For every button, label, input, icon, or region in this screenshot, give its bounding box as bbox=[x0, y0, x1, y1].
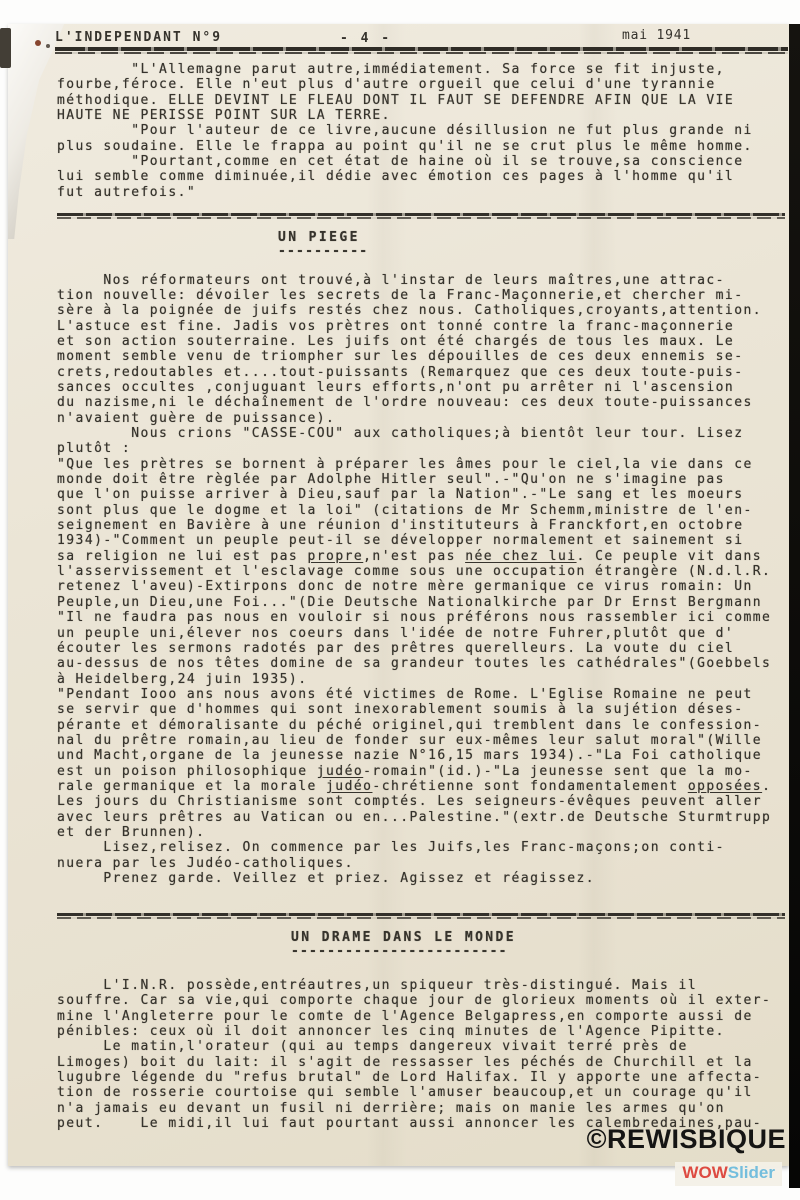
text-line: Nos réformateurs ont trouvé,à l'instar d… bbox=[57, 273, 785, 288]
text-line: fut autrefois." bbox=[57, 185, 785, 200]
header-rule-top bbox=[55, 47, 788, 51]
header-rule bbox=[55, 47, 788, 54]
text-line: Les jours du Christianisme sont comptés.… bbox=[57, 794, 785, 809]
underlined-text: opposées bbox=[688, 779, 762, 794]
text-line: und Macht,organe de la jeunesse nazie N°… bbox=[57, 748, 785, 763]
divider-line-bottom bbox=[57, 217, 785, 219]
text-line: est un poison philosophique judéo-romain… bbox=[57, 764, 785, 779]
page-header: L'INDEPENDANT N°9 - 4 - mai 1941 bbox=[55, 28, 787, 46]
text-line: lui semble comme diminuée,il dédie avec … bbox=[57, 169, 785, 184]
text-line: monde doit être règlée par Adolphe Hitle… bbox=[57, 472, 785, 487]
copyright-watermark: ©REWISBIQUE bbox=[587, 1124, 786, 1155]
divider-rule bbox=[57, 913, 785, 919]
text-line: L'I.N.R. possède,entréautres,un spiqueur… bbox=[57, 978, 785, 993]
text-line: tion de rosserie courtoise qui semble l'… bbox=[57, 1085, 785, 1100]
text-line: HAUTE NE PERISSE POINT SUR LA TERRE. bbox=[57, 108, 785, 123]
header-rule-bottom bbox=[55, 52, 788, 54]
text-line: du nazisme,ni le déchaînement de l'ordre… bbox=[57, 395, 785, 410]
underlined-text: née chez lui bbox=[465, 549, 576, 564]
text-line: "L'Allemagne parut autre,immédiatement. … bbox=[57, 62, 785, 77]
paragraph: L'I.N.R. possède,entréautres,un spiqueur… bbox=[57, 978, 785, 1131]
text-line: nal du prêtre romain,au lieu de fonder s… bbox=[57, 733, 785, 748]
page-background: L'INDEPENDANT N°9 - 4 - mai 1941 "L'Alle… bbox=[0, 0, 800, 1200]
wow-text: WOW bbox=[682, 1163, 727, 1182]
divider-line-top bbox=[57, 213, 785, 216]
paragraph: "L'Allemagne parut autre,immédiatement. … bbox=[57, 62, 785, 200]
text-line: 1934)-"Comment un peuple peut-il se déve… bbox=[57, 533, 785, 548]
corner-fragment bbox=[0, 28, 11, 68]
text-line: Limoges) boit du lait: il s'agit de ress… bbox=[57, 1055, 785, 1070]
section-heading-dashes: ------------------------ bbox=[291, 946, 785, 960]
text-line: crets,redoutables et....tout-puissants (… bbox=[57, 365, 785, 380]
divider-line-top bbox=[57, 913, 785, 916]
section-heading: UN DRAME DANS LE MONDE------------------… bbox=[291, 930, 785, 960]
text-line: retenez l'aveu)-Extirpons donc de notre … bbox=[57, 579, 785, 594]
text-line: à Heidelberg,24 juin 1935). bbox=[57, 672, 785, 687]
text-line: fourbe,féroce. Elle n'eut plus d'autre o… bbox=[57, 77, 785, 92]
text-line: pérante et démoralisante du péché origin… bbox=[57, 718, 785, 733]
text-line: n'a jamais eu devant un fusil ni derrièr… bbox=[57, 1101, 785, 1116]
text-line: seignement en Bavière à une réunion d'in… bbox=[57, 518, 785, 533]
section-heading-dashes: ---------- bbox=[278, 246, 785, 260]
slider-text: Slider bbox=[728, 1163, 775, 1182]
journal-title: L'INDEPENDANT N°9 bbox=[55, 30, 222, 45]
underlined-text: propre bbox=[307, 549, 363, 564]
text-line: sances occultes ,conjuguant leurs effort… bbox=[57, 380, 785, 395]
text-line: méthodique. ELLE DEVINT LE FLEAU DONT IL… bbox=[57, 93, 785, 108]
text-line: rale germanique et la morale judéo-chrét… bbox=[57, 779, 785, 794]
text-line: tion nouvelle: dévoiler les secrets de l… bbox=[57, 288, 785, 303]
document-body: "L'Allemagne parut autre,immédiatement. … bbox=[57, 62, 785, 1131]
text-line: "Pour l'auteur de ce livre,aucune désill… bbox=[57, 123, 785, 138]
text-line: avec leurs prêtres au Vatican ou en...Pa… bbox=[57, 810, 785, 825]
text-line: au-dessus de nos têtes domine de sa gran… bbox=[57, 656, 785, 671]
underlined-text: judéo bbox=[326, 779, 372, 794]
text-line: n'avaient guère de puissance). bbox=[57, 411, 785, 426]
text-line: "Pendant Iooo ans nous avons été victime… bbox=[57, 687, 785, 702]
text-line: "Il ne faudra pas nous en vouloir si nou… bbox=[57, 610, 785, 625]
text-line: et der Brunnen). bbox=[57, 825, 785, 840]
paper-speck bbox=[35, 40, 41, 46]
text-line: Peuple,un Dieu,une Foi..."(Die Deutsche … bbox=[57, 595, 785, 610]
text-line: lugubre légende du "refus brutal" de Lor… bbox=[57, 1070, 785, 1085]
text-line: nuera par les Judéo-catholiques. bbox=[57, 856, 785, 871]
slider-watermark: WOWSlider bbox=[675, 1162, 782, 1186]
text-line: sont plus que le dogme et la loi" (citat… bbox=[57, 503, 785, 518]
text-line: sa religion ne lui est pas propre,n'est … bbox=[57, 549, 785, 564]
text-line: souffre. Car sa vie,qui comporte chaque … bbox=[57, 993, 785, 1008]
right-edge-strip bbox=[789, 24, 800, 1188]
text-line: Le matin,l'orateur (qui au temps dangere… bbox=[57, 1039, 785, 1054]
text-line: et son action souterraine. Les juifs ont… bbox=[57, 334, 785, 349]
text-line: mine l'Angleterre pour le comte de l'Age… bbox=[57, 1009, 785, 1024]
text-line: que l'on puisse arriver à Dieu,sauf par … bbox=[57, 487, 785, 502]
text-line: un peuple uni,élever nos coeurs dans l'i… bbox=[57, 626, 785, 641]
text-line: L'astuce est fine. Jadis vos prètres ont… bbox=[57, 319, 785, 334]
text-line: sère à la poignée de juifs restés chez n… bbox=[57, 303, 785, 318]
divider-line-bottom bbox=[57, 917, 785, 919]
text-line: "Que les prètres se bornent à préparer l… bbox=[57, 457, 785, 472]
text-line: l'asservissement et l'esclavage comme so… bbox=[57, 564, 785, 579]
section-heading: UN PIEGE---------- bbox=[278, 230, 785, 260]
underlined-text: judéo bbox=[317, 764, 363, 779]
text-line: "Pourtant,comme en cet état de haine où … bbox=[57, 154, 785, 169]
page-number: - 4 - bbox=[340, 31, 392, 46]
text-line: Prenez garde. Veillez et priez. Agissez … bbox=[57, 871, 785, 886]
text-line: plus soudaine. Elle le frappa au point q… bbox=[57, 139, 785, 154]
text-line: moment semble venu de triompher sur les … bbox=[57, 349, 785, 364]
text-line: se servir que d'hommes qui sont inexorab… bbox=[57, 702, 785, 717]
paragraph: Nos réformateurs ont trouvé,à l'instar d… bbox=[57, 273, 785, 887]
text-line: Lisez,relisez. On commence par les Juifs… bbox=[57, 840, 785, 855]
text-line: plutôt : bbox=[57, 441, 785, 456]
divider-rule bbox=[57, 213, 785, 219]
text-line: Nous crions "CASSE-COU" aux catholiques;… bbox=[57, 426, 785, 441]
text-line: pénibles: ceux où il doit annoncer les c… bbox=[57, 1024, 785, 1039]
issue-date: mai 1941 bbox=[622, 28, 691, 43]
text-line: écouter les sermons radotés par des prêt… bbox=[57, 641, 785, 656]
